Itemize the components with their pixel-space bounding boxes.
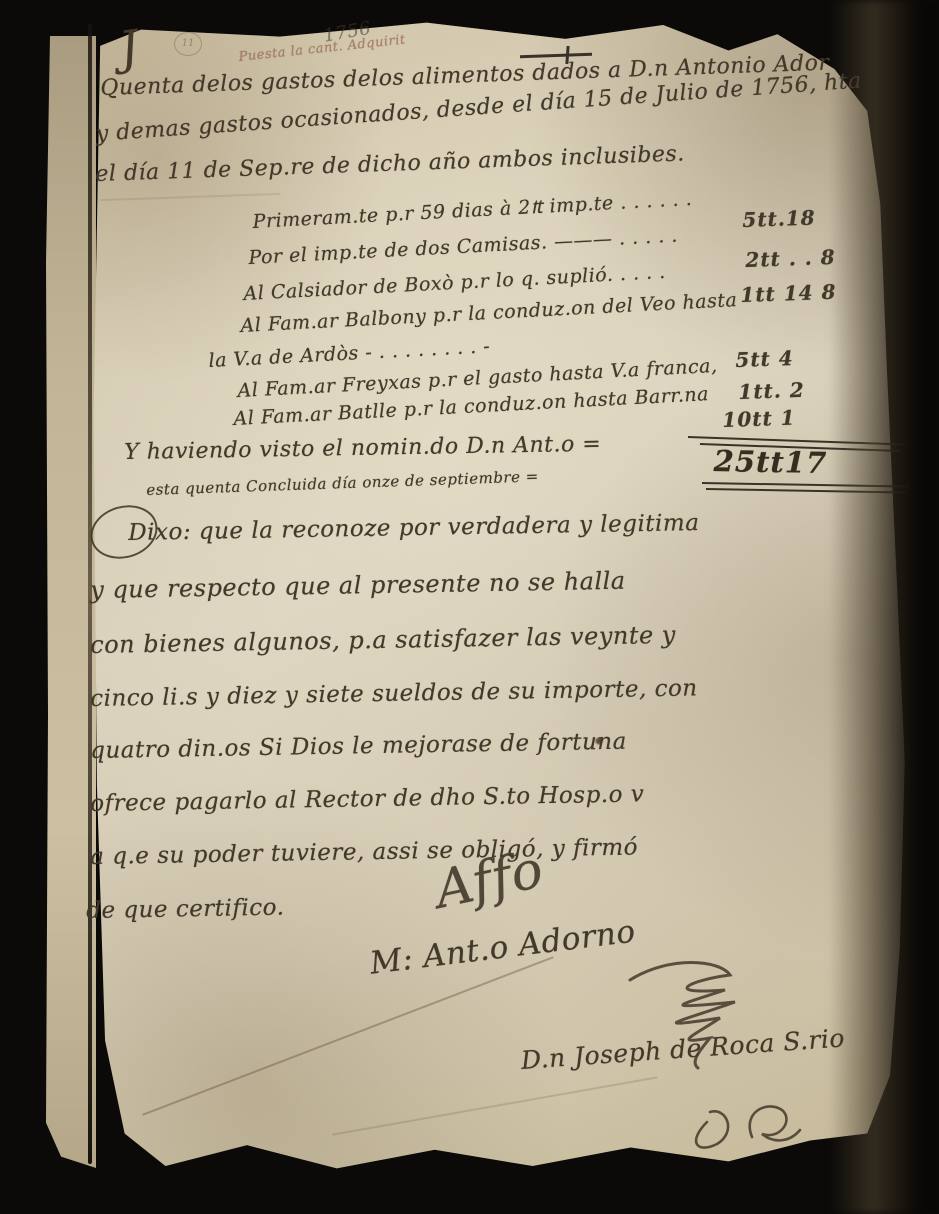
manuscript-photo: J 11 1756 Puesta la cant. Adquirit Quent… <box>0 0 939 1214</box>
account-total: 25tt17 <box>713 444 827 480</box>
account-item-amount: 10tt 1 <box>722 405 796 432</box>
account-item-amount: 1tt 14 8 <box>740 280 837 307</box>
account-item-amount: 5tt.18 <box>742 205 816 232</box>
account-item-amount: 2tt . . 8 <box>745 245 836 272</box>
account-item-amount: 1tt. 2 <box>738 378 805 404</box>
roca-rubric-flourish <box>682 1082 812 1157</box>
archival-stamp: 11 <box>174 32 202 56</box>
cross-mark-stroke <box>520 53 592 58</box>
body-line-9: de que certifico. <box>86 895 285 924</box>
account-item-amount: 5tt 4 <box>735 346 794 372</box>
